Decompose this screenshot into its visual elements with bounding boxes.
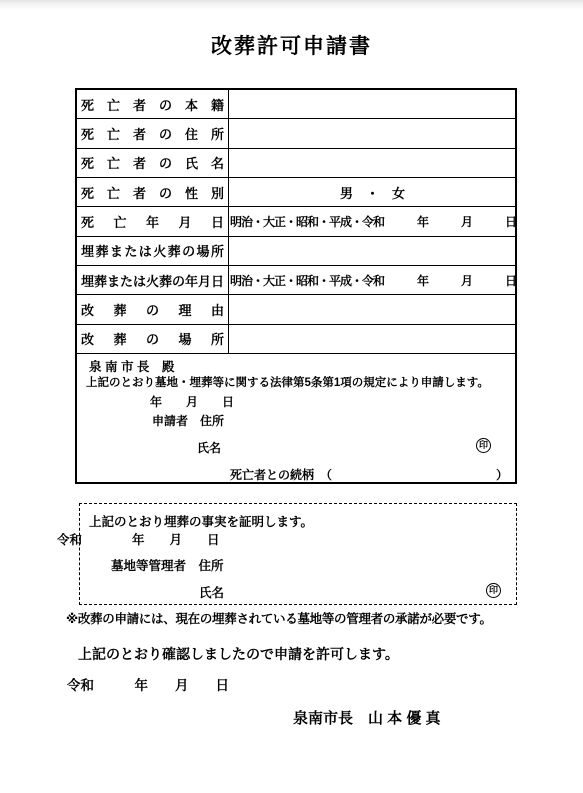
row-label: 改葬の場所 (77, 325, 229, 353)
relation-label: 死亡者との続柄 （ (230, 466, 332, 483)
row-label-text: 死亡年月日 (81, 212, 224, 231)
manager-name-label: 氏名 (199, 583, 224, 601)
row-value (229, 325, 515, 353)
recipient-line: 泉 南 市 長 殿 (89, 357, 174, 375)
row-value (229, 149, 515, 177)
row-value (229, 237, 515, 265)
row-value (229, 119, 515, 147)
row-label-text: 埋葬または火葬の場所 (81, 241, 224, 260)
row-label: 死亡者の氏名 (77, 149, 229, 177)
row-label: 埋葬または火葬の場所 (77, 237, 229, 265)
applicant-address-line: 申請者 住所 (152, 412, 224, 429)
applicant-name-label: 氏名 (197, 439, 221, 456)
row-label: 死亡者の性別 (77, 178, 229, 206)
table-row-death-date: 死亡年月日 明治・大正・昭和・平成・令和 年 月 日 (77, 207, 515, 236)
row-label: 死亡者の本籍 (77, 90, 229, 118)
seal-text: 印 (489, 586, 498, 595)
approval-statement: 上記のとおり確認しましたので申請を許可します。 (78, 644, 399, 664)
table-row-reburial-reason: 改葬の理由 (77, 295, 515, 324)
row-label: 死亡年月日 (77, 207, 229, 235)
cemetery-manager-line: 墓地等管理者 住所 (111, 556, 224, 574)
row-label: 死亡者の住所 (77, 119, 229, 147)
row-value-text: 男 ・ 女 (340, 183, 405, 202)
document-title: 改葬許可申請書 (0, 30, 583, 60)
application-section: 泉 南 市 長 殿 上記のとおり墓地・埋葬等に関する法律第5条第1項の規定により… (77, 354, 515, 482)
row-label: 改葬の理由 (77, 295, 229, 323)
table-row-burial-date: 埋葬または火葬の年月日 明治・大正・昭和・平成・令和 年 月 日 (77, 266, 515, 295)
relation-line: 死亡者との続柄 （ ） (230, 466, 508, 483)
seal-icon: 印 (486, 583, 501, 598)
page-top-shadow (0, 0, 583, 10)
table-row-reburial-place: 改葬の場所 (77, 325, 515, 354)
table-row-honseki: 死亡者の本籍 (77, 90, 515, 119)
relation-close-paren: ） (496, 466, 508, 483)
row-label-text: 改葬の場所 (81, 329, 224, 348)
row-label-text: 死亡者の住所 (81, 124, 224, 143)
row-value: 男 ・ 女 (229, 178, 515, 206)
row-label-text: 改葬の理由 (81, 300, 224, 319)
certificate-date-line: 令和 年 月 日 (57, 530, 220, 548)
row-label: 埋葬または火葬の年月日 (77, 266, 229, 294)
approval-date-line: 令和 年 月 日 (67, 674, 229, 694)
seal-text: 印 (479, 441, 488, 450)
application-date-line: 年 月 日 (150, 393, 234, 410)
table-row-burial-place: 埋葬または火葬の場所 (77, 237, 515, 266)
table-row-sex: 死亡者の性別 男 ・ 女 (77, 178, 515, 207)
row-value: 明治・大正・昭和・平成・令和 年 月 日 (229, 266, 515, 294)
mayor-signature: 泉南市長 山 本 優 真 (293, 707, 441, 728)
row-label-text: 埋葬または火葬の年月日 (81, 271, 224, 290)
row-value: 明治・大正・昭和・平成・令和 年 月 日 (229, 207, 515, 235)
row-label-text: 死亡者の性別 (81, 183, 224, 202)
application-statement: 上記のとおり墓地・埋葬等に関する法律第5条第1項の規定により申請します。 (86, 374, 489, 390)
application-form-table: 死亡者の本籍 死亡者の住所 死亡者の氏名 死亡者の性別 男 ・ 女 死亡年月日 … (75, 88, 517, 484)
burial-certificate-box: 上記のとおり埋葬の事実を証明します。 令和 年 月 日 墓地等管理者 住所 氏名… (79, 503, 517, 605)
era-date-text: 明治・大正・昭和・平成・令和 年 月 日 (230, 272, 515, 289)
row-value (229, 90, 515, 118)
table-row-address: 死亡者の住所 (77, 119, 515, 148)
certificate-statement: 上記のとおり埋葬の事実を証明します。 (89, 512, 313, 530)
row-value (229, 295, 515, 323)
seal-icon: 印 (476, 438, 491, 453)
table-row-name: 死亡者の氏名 (77, 149, 515, 178)
row-label-text: 死亡者の本籍 (81, 95, 224, 114)
row-label-text: 死亡者の氏名 (81, 153, 224, 172)
era-date-text: 明治・大正・昭和・平成・令和 年 月 日 (230, 213, 515, 230)
document-page: 改葬許可申請書 死亡者の本籍 死亡者の住所 死亡者の氏名 死亡者の性別 男 ・ … (0, 0, 583, 793)
note-line: ※改葬の申請には、現在の埋葬されている墓地等の管理者の承諾が必要です。 (66, 609, 492, 627)
